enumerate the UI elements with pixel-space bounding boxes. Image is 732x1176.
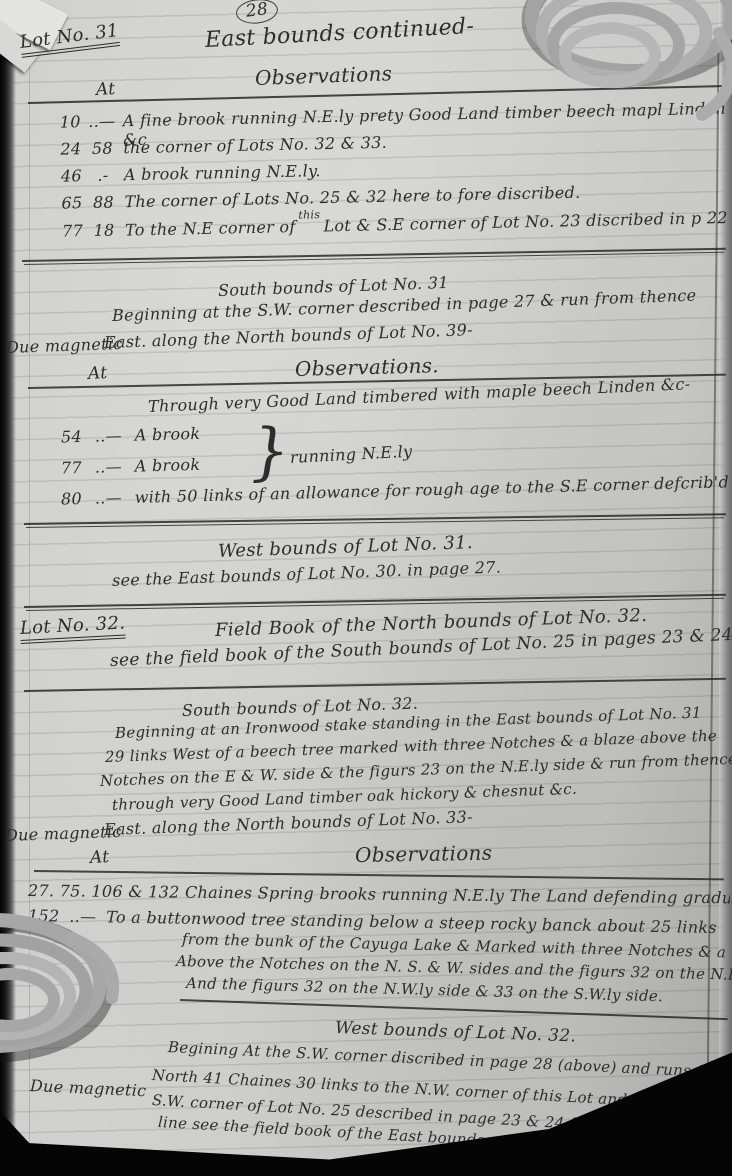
observation-text: A brook xyxy=(135,455,201,476)
chains-value: 10 xyxy=(41,112,81,132)
chains-value: 46 xyxy=(42,166,82,186)
links-value: ..— xyxy=(87,488,129,508)
south32-at-label: At xyxy=(89,847,109,868)
lot31-observations-heading: Observations xyxy=(255,61,393,90)
chains-value: 54 xyxy=(42,427,82,447)
chains-value: 24 xyxy=(41,139,81,159)
binding-cord-bottom-left xyxy=(0,878,182,1088)
text-before: To the N.E corner of xyxy=(125,217,296,240)
chains-value: 77 xyxy=(42,458,82,478)
binding-cord-top-right xyxy=(464,0,732,128)
links-value: ..— xyxy=(87,457,129,477)
brace-glyph: } xyxy=(249,414,291,488)
south31-at-label: At xyxy=(87,363,107,384)
lot32-margin-label: Lot No. 32. xyxy=(19,612,125,638)
manuscript-page-photo: 28 Lot No. 31 East bounds continued- Obs… xyxy=(0,0,732,1176)
links-value: 88 xyxy=(82,192,124,212)
chains-value: 65 xyxy=(42,193,82,213)
observation-text: A brook xyxy=(135,424,201,445)
south32-observations-heading: Observations xyxy=(355,841,493,867)
links-value: .- xyxy=(82,165,124,185)
south31-observations-heading: Observations. xyxy=(295,353,440,381)
links-value: ..— xyxy=(81,111,123,131)
links-value: ..— xyxy=(87,426,129,446)
interlinear-note: this xyxy=(298,208,320,221)
lot31-at-label: At xyxy=(95,79,115,100)
links-value: 58 xyxy=(81,138,123,158)
chains-value: 77 xyxy=(43,221,83,241)
links-value: 18 xyxy=(83,221,125,241)
chains-value: 80 xyxy=(42,489,82,509)
